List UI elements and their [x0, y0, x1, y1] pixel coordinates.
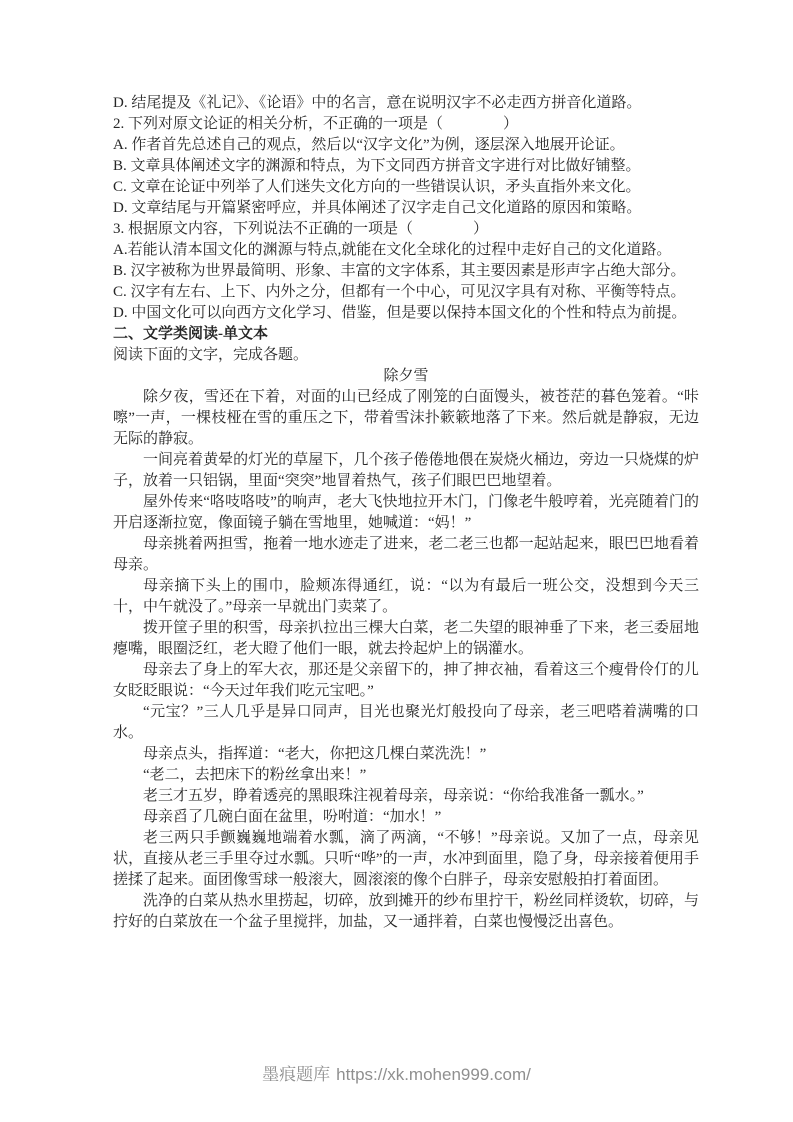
question-2-option-b: B. 文章具体阐述文字的渊源和特点，为下文同西方拼音文字进行对比做好铺整。 — [113, 156, 699, 177]
story-paragraph-1: 除夕夜，雪还在下着，对面的山已经成了刚笼的白面馒头，被苍茫的暮色笼着。“咔嚓”一… — [113, 387, 699, 450]
exam-document: D. 结尾提及《礼记》、《论语》中的名言，意在说明汉字不必走西方拼音化道路。 2… — [113, 93, 699, 933]
footer-watermark: 墨痕题库https://xk.mohen999.com/ — [0, 1063, 793, 1087]
story-paragraph-11: 老三才五岁，睁着透亮的黑眼珠注视着母亲，母亲说：“你给我准备一瓢水。” — [113, 786, 699, 807]
story-paragraph-13: 老三两只手颤巍巍地端着水瓢，滴了两滴，“不够！”母亲说。又加了一点，母亲见状，直… — [113, 828, 699, 891]
story-paragraph-6: 拨开筐子里的积雪，母亲扒拉出三棵大白菜，老二失望的眼神垂了下来，老三委屈地瘪嘴，… — [113, 618, 699, 660]
story-paragraph-4: 母亲挑着两担雪，拖着一地水迹走了进来，老二老三也都一起站起来，眼巴巴地看着母亲。 — [113, 534, 699, 576]
story-paragraph-14: 洗净的白菜从热水里捞起，切碎，放到摊开的纱布里拧干，粉丝同样烫软，切碎，与拧好的… — [113, 891, 699, 933]
question-3-option-d: D. 中国文化可以向西方文化学习、借鉴，但是要以保持本国文化的个性和特点为前提。 — [113, 303, 699, 324]
story-paragraph-9: 母亲点头，指挥道：“老大，你把这几棵白菜洗洗！” — [113, 744, 699, 765]
footer-site-name: 墨痕题库 — [262, 1065, 330, 1084]
reading-instruction: 阅读下面的文字，完成各题。 — [113, 345, 699, 366]
story-paragraph-7: 母亲去了身上的军大衣，那还是父亲留下的，抻了抻衣袖，看着这三个瘦骨伶仃的儿女眨眨… — [113, 660, 699, 702]
question-2-stem: 2. 下列对原文论证的相关分析，不正确的一项是（ ） — [113, 114, 699, 135]
question-3-option-c: C. 汉字有左右、上下、内外之分，但都有一个中心，可见汉字具有对称、平衡等特点。 — [113, 282, 699, 303]
footer-url: https://xk.mohen999.com/ — [336, 1065, 531, 1084]
question-3-option-a: A.若能认清本国文化的渊源与特点,就能在文化全球化的过程中走好自己的文化道路。 — [113, 240, 699, 261]
story-paragraph-2: 一间亮着黄晕的灯光的草屋下，几个孩子倦倦地偎在炭烧火桶边，旁边一只烧煤的炉子，放… — [113, 450, 699, 492]
story-paragraph-10: “老二，去把床下的粉丝拿出来！” — [113, 765, 699, 786]
document-page: { "page": { "background": "#ffffff", "te… — [0, 0, 793, 1122]
question-3-option-b: B. 汉字被称为世界最简明、形象、丰富的文字体系，其主要因素是形声字占绝大部分。 — [113, 261, 699, 282]
story-paragraph-3: 屋外传来“咯吱咯吱”的响声，老大飞快地拉开木门，门像老牛般哼着，光亮随着门的开启… — [113, 492, 699, 534]
question-2-option-d: D. 文章结尾与开篇紧密呼应，并具体阐述了汉字走自己文化道路的原因和策略。 — [113, 198, 699, 219]
story-paragraph-8: “元宝？”三人几乎是异口同声，目光也聚光灯般投向了母亲，老三吧嗒着满嘴的口水。 — [113, 702, 699, 744]
question-2-option-c: C. 文章在论证中列举了人们迷失文化方向的一些错误认识，矛头直指外来文化。 — [113, 177, 699, 198]
story-paragraph-12: 母亲舀了几碗白面在盆里，吩咐道：“加水！” — [113, 807, 699, 828]
question-option-d1: D. 结尾提及《礼记》、《论语》中的名言，意在说明汉字不必走西方拼音化道路。 — [113, 93, 699, 114]
story-paragraph-5: 母亲摘下头上的围巾，脸颊冻得通红，说：“以为有最后一班公交，没想到今天三十，中午… — [113, 576, 699, 618]
question-2-option-a: A. 作者首先总述自己的观点，然后以“汉字文化”为例，逐层深入地展开论证。 — [113, 135, 699, 156]
question-3-stem: 3. 根据原文内容，下列说法不正确的一项是（ ） — [113, 219, 699, 240]
story-title: 除夕雪 — [113, 366, 699, 387]
section-heading: 二、文学类阅读-单文本 — [113, 324, 699, 345]
